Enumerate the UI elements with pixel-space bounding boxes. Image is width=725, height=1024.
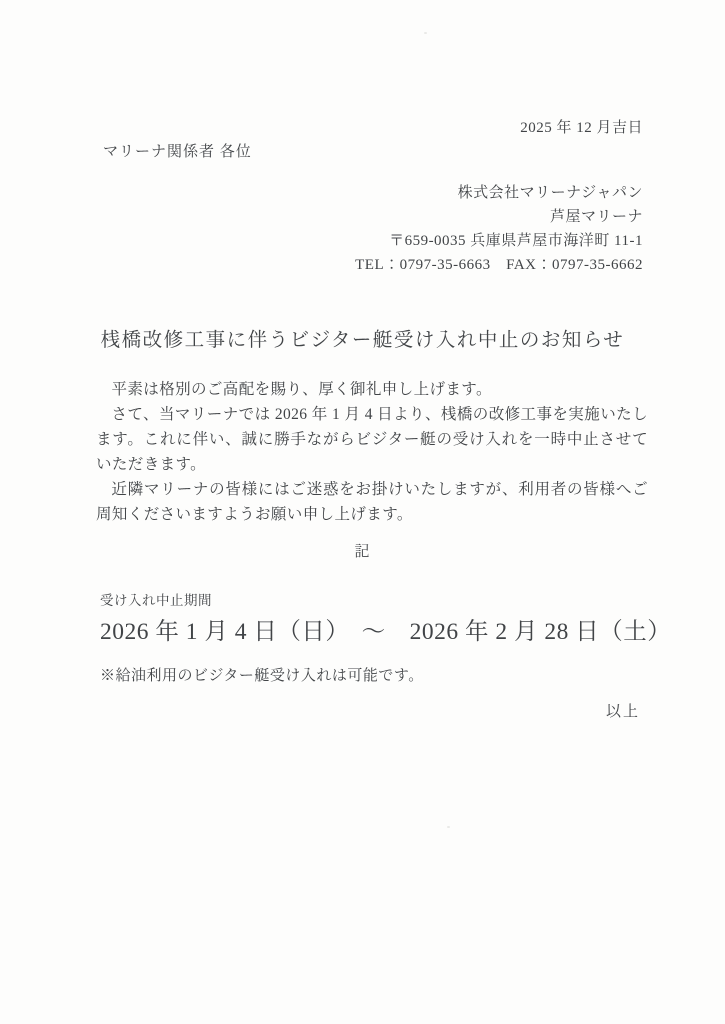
sender-tel-fax: TEL：0797-35-6663 FAX：0797-35-6662 xyxy=(355,253,643,277)
suspension-period-label: 受け入れ中止期間 xyxy=(100,589,212,609)
sender-company: 株式会社マリーナジャパン xyxy=(355,181,643,205)
suspension-period-value: 2026 年 1 月 4 日（日） ～ 2026 年 2 月 28 日（土） xyxy=(100,612,671,646)
fuel-note: ※給油利用のビジター艇受け入れは可能です。 xyxy=(100,664,424,685)
scan-artifact xyxy=(424,32,427,34)
record-marker: 記 xyxy=(0,540,725,561)
closing-mark: 以上 xyxy=(606,700,640,721)
letter-body: 平素は格別のご高配を賜り、厚く御礼申し上げます。 さて、当マリーナでは 2026… xyxy=(96,377,648,527)
body-paragraph-3: 近隣マリーナの皆様にはご迷惑をお掛けいたしますが、利用者の皆様へご周知くださいま… xyxy=(96,477,648,527)
sender-address: 〒659-0035 兵庫県芦屋市海洋町 11-1 xyxy=(355,229,643,253)
sender-marina: 芦屋マリーナ xyxy=(355,205,643,229)
letter-recipient: マリーナ関係者 各位 xyxy=(103,140,252,161)
scanned-letter-page: 2025 年 12 月吉日 マリーナ関係者 各位 株式会社マリーナジャパン 芦屋… xyxy=(0,0,725,1024)
body-paragraph-2: さて、当マリーナでは 2026 年 1 月 4 日より、桟橋の改修工事を実施いた… xyxy=(96,402,648,477)
scan-artifact xyxy=(447,826,450,828)
letter-date: 2025 年 12 月吉日 xyxy=(520,116,643,137)
document-title: 桟橋改修工事に伴うビジター艇受け入れ中止のお知らせ xyxy=(0,324,725,352)
body-paragraph-1: 平素は格別のご高配を賜り、厚く御礼申し上げます。 xyxy=(96,377,648,402)
sender-block: 株式会社マリーナジャパン 芦屋マリーナ 〒659-0035 兵庫県芦屋市海洋町 … xyxy=(355,181,643,277)
